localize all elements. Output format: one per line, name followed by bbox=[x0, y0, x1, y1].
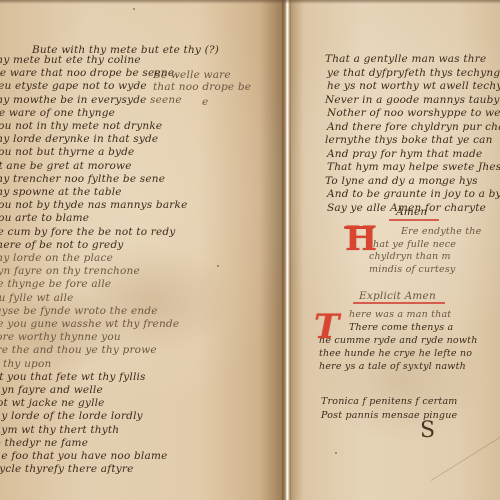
text-line: more worthy thynne you bbox=[0, 331, 121, 343]
text-line: be ware of one thynge bbox=[0, 107, 115, 119]
text-line: thee hunde he crye he lefte no bbox=[319, 348, 472, 359]
text-line: se cum by fore the be not to redy bbox=[0, 226, 175, 238]
initial-t-rubric: T bbox=[314, 310, 339, 344]
text-line: yeu etyste gape not to wyde bbox=[0, 80, 147, 92]
ink-speck bbox=[335, 452, 337, 454]
text-line: thy lorde of the lorde lordly bbox=[0, 410, 143, 422]
book-gutter bbox=[282, 0, 291, 500]
page-top-shadow bbox=[0, 0, 500, 4]
text-line: wycle thyrefy there aftyre bbox=[0, 463, 134, 475]
text-line: And there fore chyldryn pur charyte bbox=[327, 121, 500, 133]
text-line: ye that dyfpryfeth thys techynge bbox=[327, 67, 500, 79]
page-crease bbox=[431, 432, 500, 481]
text-line: wayse be fynde wroto the ende bbox=[0, 305, 158, 317]
colophon-flourish: S bbox=[420, 418, 435, 443]
text-line: the foo that you have noo blame bbox=[0, 450, 168, 462]
text-line: Be ware that noo drope be seene bbox=[0, 67, 174, 79]
ink-speck bbox=[133, 8, 135, 10]
text-line: And to be graunte in joy to a byde bbox=[327, 188, 500, 200]
margin-note-line: that noo drope be bbox=[153, 81, 251, 93]
text-line: here ys a tale of syxtyl nawth bbox=[319, 361, 466, 372]
explicit-underline bbox=[353, 302, 445, 304]
margin-mark: e bbox=[202, 96, 208, 108]
text-line: on thy upon bbox=[0, 358, 51, 370]
text-line: Ere endythe the bbox=[401, 226, 481, 237]
text-line: he ys not worthy wt awell techynge bbox=[327, 80, 500, 92]
text-line: at ane be gret at morowe bbox=[0, 160, 132, 172]
right-page: That a gentylle man was threye that dyfp… bbox=[291, 0, 500, 500]
text-line: That hym may helpe swete Jhesu bbox=[327, 161, 500, 173]
text-line: There come thenys a bbox=[349, 322, 453, 333]
text-line: thy mete but ete thy coline bbox=[0, 54, 141, 66]
text-line: thy mowthe be in everysyde bbox=[0, 94, 147, 106]
ink-speck bbox=[441, 183, 443, 185]
explicit-rubric: Explicit Amen bbox=[359, 290, 436, 302]
text-line: not wt jacke ne gylle bbox=[0, 397, 105, 409]
text-line: you fylle wt alle bbox=[0, 292, 74, 304]
text-line: thy lorde derynke in that syde bbox=[0, 133, 158, 145]
text-line: That a gentylle man was thre bbox=[325, 53, 486, 65]
initial-h-rubric: H bbox=[345, 222, 377, 256]
manuscript-spread: Bute with thy mete but ete thy (?) Be we… bbox=[0, 0, 500, 500]
text-line: to thedyr ne fame bbox=[0, 437, 88, 449]
text-line: there of be not to gredy bbox=[0, 239, 124, 251]
text-line: chyldryn than m bbox=[369, 251, 451, 262]
text-line: here was a man that bbox=[349, 309, 451, 320]
text-line: thy lorde on the place bbox=[0, 252, 113, 264]
margin-note-line: seene bbox=[150, 94, 182, 106]
text-line: lernythe thys boke that ye can bbox=[325, 134, 493, 146]
text-line: mindis of curtesy bbox=[369, 264, 456, 275]
amen-rubric: Amen bbox=[396, 206, 427, 218]
text-line: the you gune wasshe wt thy frende bbox=[0, 318, 179, 330]
text-line: thy trencher noo fylthe be sene bbox=[0, 173, 165, 185]
text-line: thyn fayre and welle bbox=[0, 384, 103, 396]
amen-underline bbox=[389, 219, 439, 221]
text-line: Nother of noo worshyppe to were bbox=[327, 107, 500, 119]
text-line: And pray for hym that made bbox=[327, 148, 482, 160]
text-line: you not in thy mete not drynke bbox=[0, 120, 162, 132]
text-line: the thynge be fore alle bbox=[0, 278, 111, 290]
text-line: fore the and thou ye thy prowe bbox=[0, 344, 157, 356]
text-line: wt you that fete wt thy fyllis bbox=[0, 371, 146, 383]
text-line: you arte to blame bbox=[0, 212, 89, 224]
text-line: Never in a goode mannys taubylle bbox=[325, 94, 500, 106]
text-line: you not but thyrne a byde bbox=[0, 146, 134, 158]
left-page: Bute with thy mete but ete thy (?) Be we… bbox=[0, 0, 282, 500]
text-line: thym wt thy thert thyth bbox=[0, 424, 119, 436]
ink-speck bbox=[217, 265, 219, 267]
text-line: thyn fayre on thy trenchone bbox=[0, 265, 140, 277]
text-line: you not by thyde nas mannys barke bbox=[0, 199, 188, 211]
text-line: Tronica f penitens f certam bbox=[321, 396, 458, 407]
text-line: he cumme ryde and ryde nowth bbox=[319, 335, 478, 346]
text-line: that ye fulle nece bbox=[369, 239, 456, 250]
text-line: thy spowne at the table bbox=[0, 186, 122, 198]
text-line: Post pannis mensae pingue bbox=[321, 410, 457, 421]
text-line: To lyne and dy a monge hys bbox=[325, 175, 478, 187]
